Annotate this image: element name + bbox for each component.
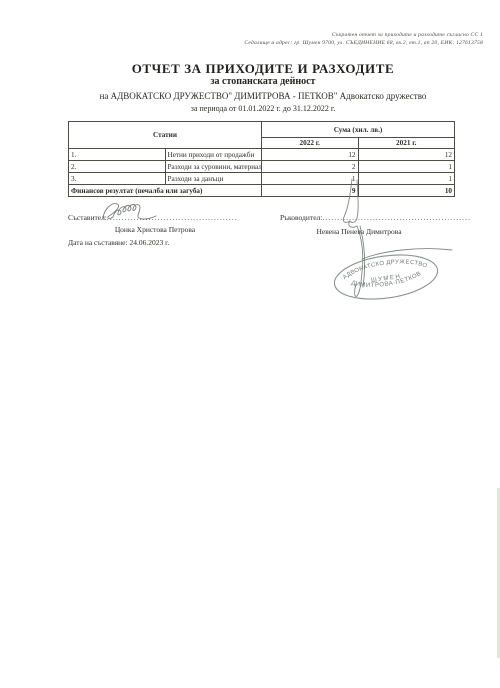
manager-dotted-line: ........................................… — [322, 213, 471, 222]
table-total-row: Финансов резултат (печалба или загуба) 9… — [69, 185, 455, 197]
page-subtitle: за стопанската дейност — [26, 76, 500, 87]
company-line: на АДВОКАТСКО ДРУЖЕСТВО" ДИМИТРОВА - ПЕТ… — [26, 91, 500, 101]
document-header-note: Съкратен отчет за приходите и разходите … — [244, 31, 483, 47]
manager-signature-line: Ръководител:............................… — [280, 213, 471, 222]
income-expense-table: Статии Сума (хил. лв.) 2022 г. 2021 г. 1… — [68, 121, 455, 197]
total-value-2022: 9 — [262, 185, 359, 197]
total-label: Финансов резултат (печалба или загуба) — [69, 185, 262, 197]
row-label: Разходи за данъци — [165, 173, 262, 185]
note-line-2: Седалище и адрес: гр. Шумен 9700, ул. СЪ… — [244, 39, 483, 47]
stamp-bottom-text: ДИМИТРОВА-ПЕТКОВ — [350, 270, 424, 293]
svg-text:ДИМИТРОВА-ПЕТКОВ: ДИМИТРОВА-ПЕТКОВ — [350, 270, 424, 293]
stamp-border — [332, 249, 441, 305]
row-value-2021: 12 — [358, 149, 455, 161]
col-header-2021: 2021 г. — [358, 138, 455, 149]
row-value-2021: 1 — [358, 161, 455, 173]
row-value-2021: 1 — [358, 173, 455, 185]
stamp: АДВОКАТСКО ДРУЖЕСТВО ШУМЕН ДИМИТРОВА-ПЕТ… — [332, 249, 441, 305]
col-header-2022: 2022 г. — [262, 138, 359, 149]
col-header-sum: Сума (хил. лв.) — [262, 122, 455, 138]
table-row: 2. Разходи за суровини, материали и външ… — [69, 161, 455, 173]
table-row: 3. Разходи за данъци 1 1 — [69, 173, 455, 185]
row-label: Нетни приходи от продажби — [165, 149, 262, 161]
date-of-preparation: Дата на съставяне: 24.06.2023 г. — [68, 238, 169, 247]
col-header-articles: Статии — [69, 122, 262, 149]
composer-dotted-line: ........................................… — [107, 213, 238, 222]
scanned-document-page: Съкратен отчет за приходите и разходите … — [0, 0, 500, 688]
row-number: 3. — [69, 173, 166, 185]
composer-label: Съставител: — [68, 213, 107, 222]
row-value-2022: 12 — [262, 149, 359, 161]
svg-text:АДВОКАТСКО ДРУЖЕСТВО: АДВОКАТСКО ДРУЖЕСТВО — [341, 255, 429, 282]
row-number: 1. — [69, 149, 166, 161]
row-value-2022: 1 — [262, 173, 359, 185]
total-value-2021: 10 — [358, 185, 455, 197]
table-row: 1. Нетни приходи от продажби 12 12 — [69, 149, 455, 161]
row-number: 2. — [69, 161, 166, 173]
page-title: ОТЧЕТ ЗА ПРИХОДИТЕ И РАЗХОДИТЕ — [26, 61, 500, 77]
manager-name: Невена Пенева Димитрова — [295, 227, 423, 236]
stamp-center-text: ШУМЕН — [371, 273, 402, 284]
row-value-2022: 2 — [262, 161, 359, 173]
composer-name: Цонка Христова Петрова — [90, 225, 220, 234]
manager-label: Ръководител: — [280, 213, 322, 222]
period-line: за периода от 01.01.2022 г. до 31.12.202… — [26, 104, 500, 113]
row-label: Разходи за суровини, материали и външни … — [165, 161, 262, 173]
note-line-1: Съкратен отчет за приходите и разходите … — [244, 31, 483, 39]
composer-signature-line: Съставител:.............................… — [68, 213, 238, 222]
stamp-top-text: АДВОКАТСКО ДРУЖЕСТВО — [341, 255, 429, 282]
